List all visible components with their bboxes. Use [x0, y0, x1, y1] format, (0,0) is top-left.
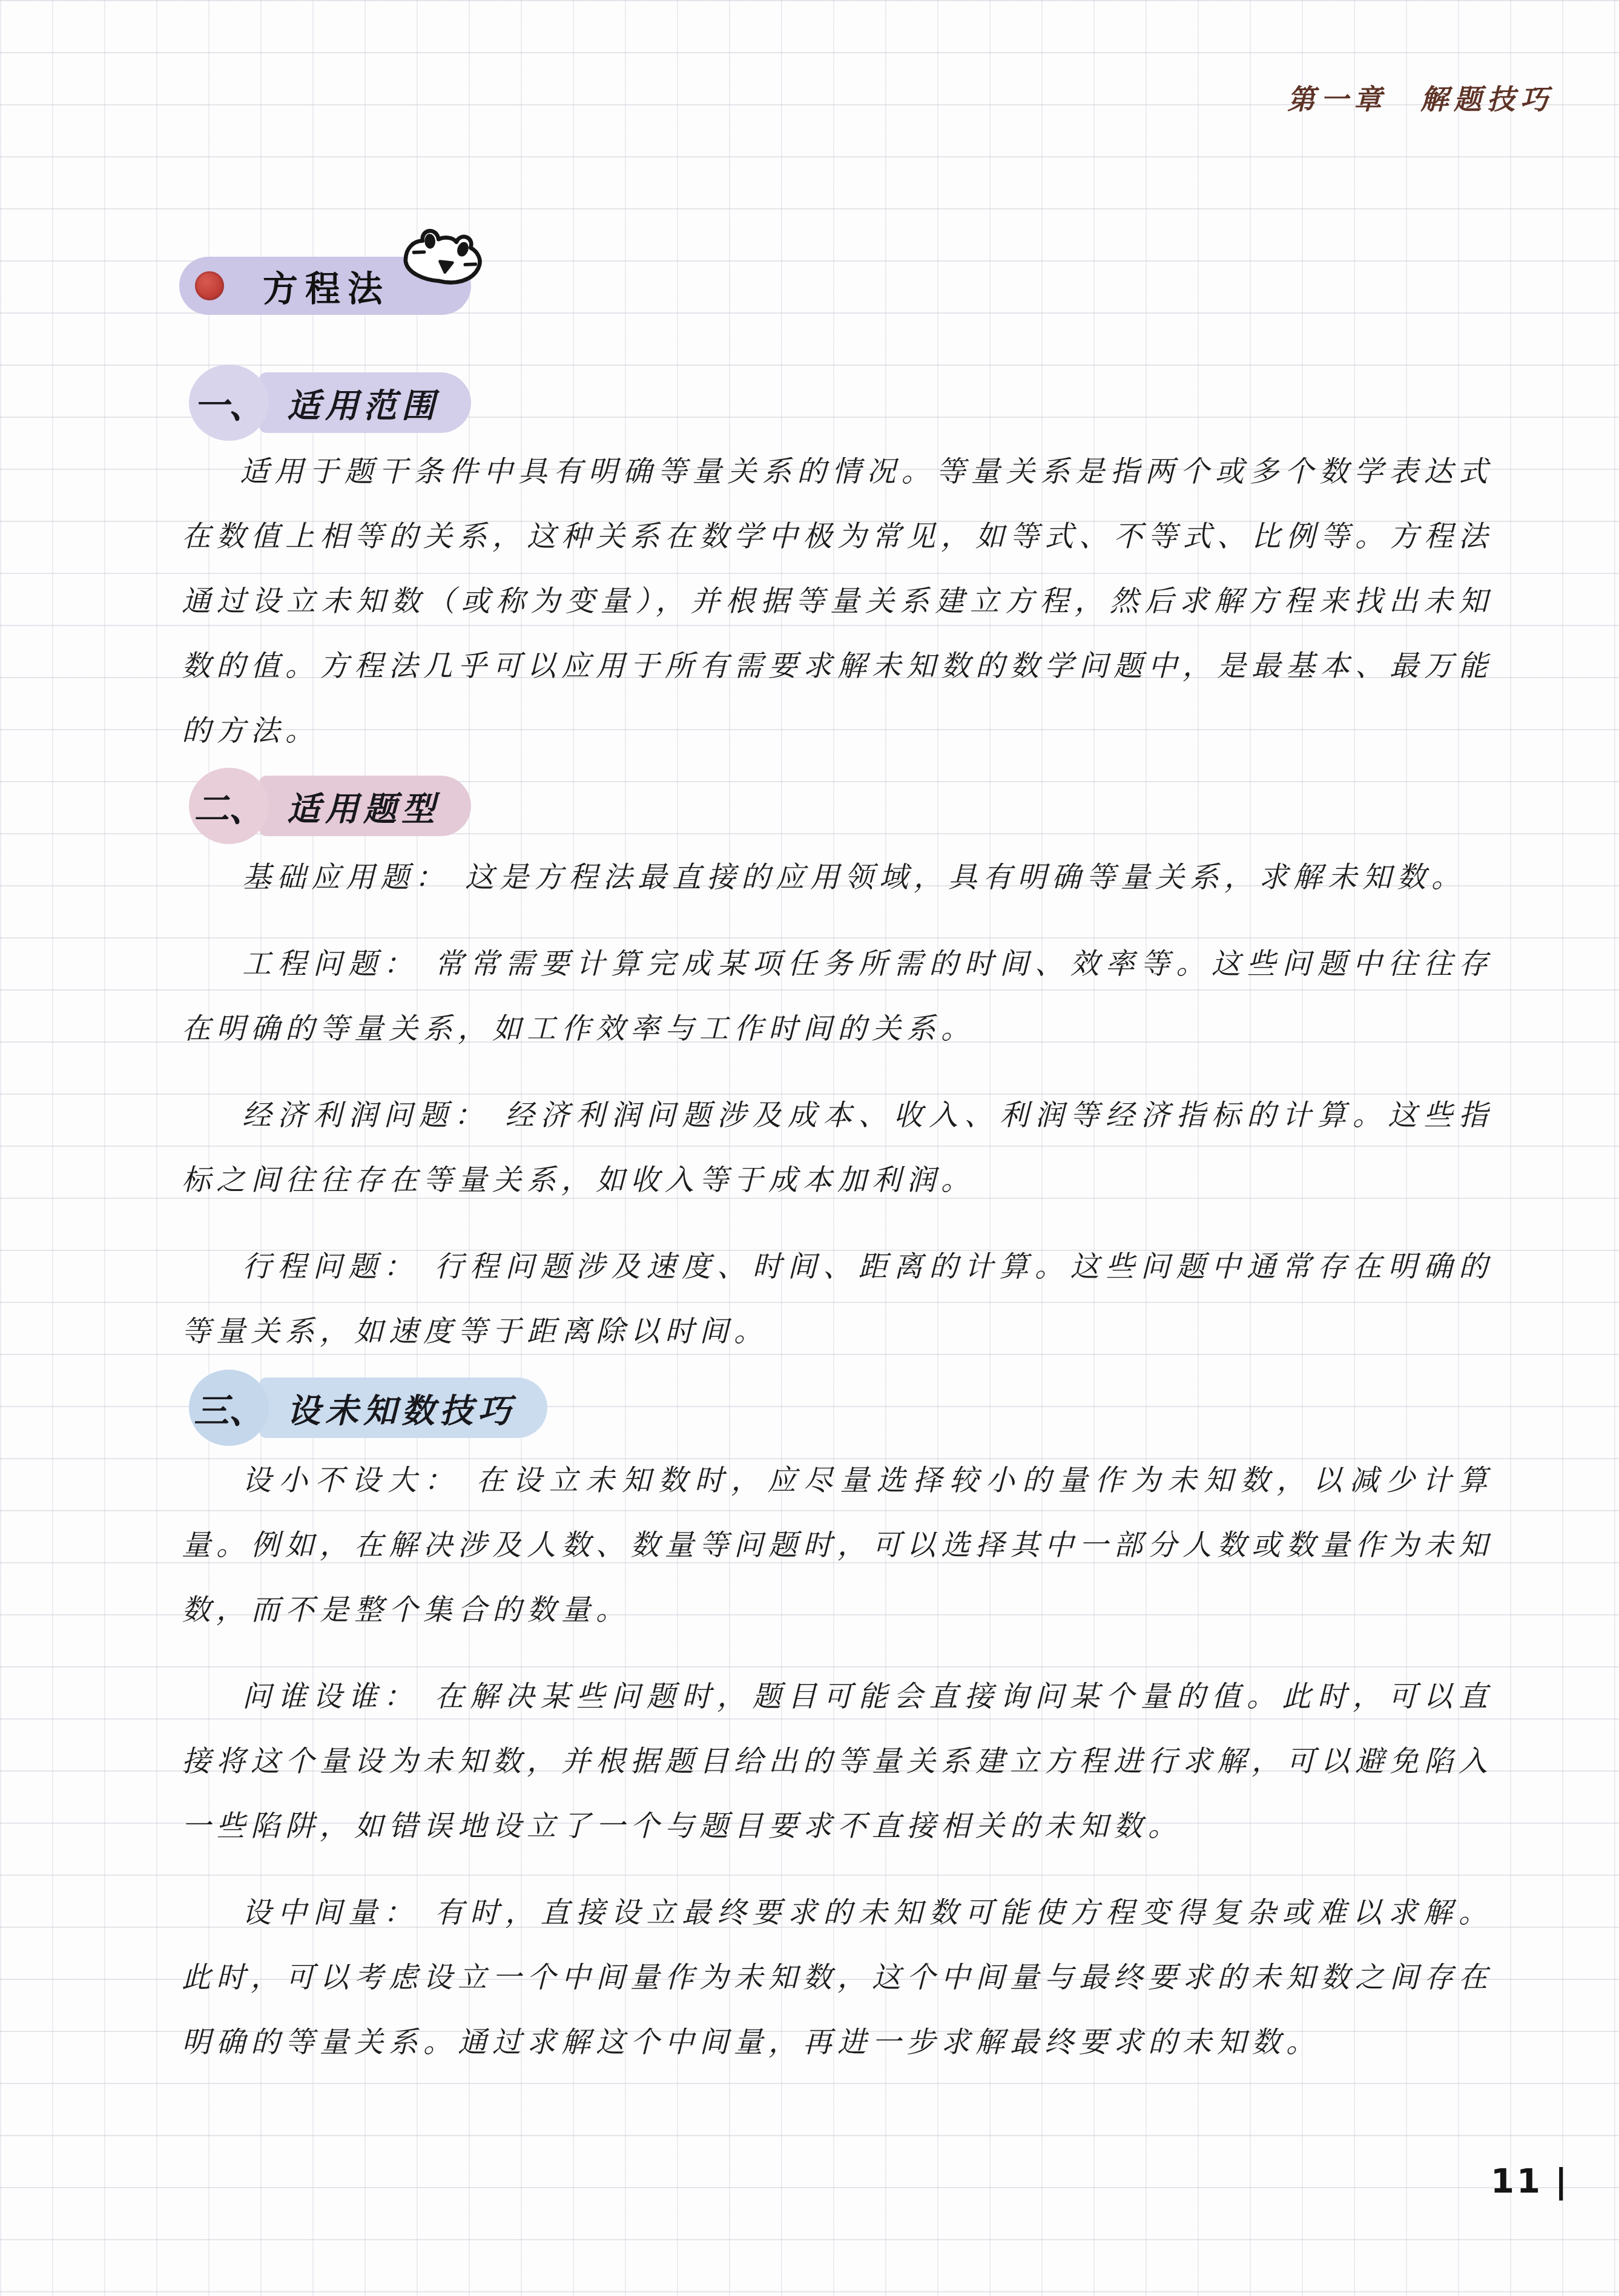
- list-item: 经济利润问题：经济利润问题涉及成本、收入、利润等经济指标的计算。这些指标之间往往…: [182, 1083, 1493, 1213]
- section-unknown-tips-body: 设小不设大：在设立未知数时，应尽量选择较小的量作为未知数，以减少计算量。例如，在…: [182, 1448, 1493, 2075]
- section-number: 一、: [189, 365, 269, 441]
- highlighted-term: 工程问题：: [240, 948, 425, 980]
- highlighted-term: 设小不设大：: [240, 1465, 467, 1497]
- list-item: 设中间量：有时，直接设立最终要求的未知数可能使方程变得复杂或难以求解。此时，可以…: [182, 1881, 1493, 2075]
- list-item: 工程问题：常常需要计算完成某项任务所需的时间、效率等。这些问题中往往存在明确的等…: [182, 932, 1493, 1061]
- highlighted-term: 经济利润问题：: [240, 1100, 495, 1132]
- section-problem-types-body: 基础应用题：这是方程法最直接的应用领域，具有明确等量关系，求解未知数。 工程问题…: [182, 845, 1493, 1364]
- section-scope-body: 适用于题干条件中具有明确等量关系的情况。等量关系是指两个或多个数学表达式在数值上…: [182, 440, 1493, 764]
- page-number: 11 |: [1491, 2162, 1569, 2201]
- page-number-bar: |: [1555, 2162, 1569, 2201]
- highlighted-term: 问谁设谁：: [240, 1681, 425, 1713]
- section-title: 适用题型: [259, 776, 471, 836]
- red-dot-icon: [195, 271, 224, 300]
- highlighted-term: 行程问题：: [240, 1251, 425, 1283]
- method-title-badge: 方程法: [179, 257, 471, 315]
- section-header-problem-types: 二、 适用题型: [189, 768, 471, 844]
- section-number: 三、: [189, 1370, 269, 1446]
- chapter-header: 第一章 解题技巧: [1287, 78, 1554, 117]
- section-title: 设未知数技巧: [259, 1377, 547, 1438]
- section-header-unknown-tips: 三、 设未知数技巧: [189, 1370, 547, 1446]
- list-item: 设小不设大：在设立未知数时，应尽量选择较小的量作为未知数，以减少计算量。例如，在…: [182, 1448, 1493, 1643]
- notebook-page: 第一章 解题技巧 方程法 一、 适用范围 适用于题干条件中具有明确等量关系的情况…: [0, 0, 1619, 2296]
- list-item: 基础应用题：这是方程法最直接的应用领域，具有明确等量关系，求解未知数。: [182, 845, 1493, 910]
- highlighted-term: 基础应用题：: [240, 862, 455, 894]
- section-header-scope: 一、 适用范围: [189, 365, 471, 441]
- section-title: 适用范围: [259, 372, 471, 433]
- list-item: 问谁设谁：在解决某些问题时，题目可能会直接询问某个量的值。此时，可以直接将这个量…: [182, 1664, 1493, 1859]
- paragraph: 适用于题干条件中具有明确等量关系的情况。等量关系是指两个或多个数学表达式在数值上…: [182, 440, 1493, 764]
- section-number: 二、: [189, 768, 269, 844]
- page-number-value: 11: [1491, 2162, 1543, 2201]
- list-item: 行程问题：行程问题涉及速度、时间、距离的计算。这些问题中通常存在明确的等量关系，…: [182, 1235, 1493, 1364]
- frog-doodle-icon: [392, 217, 496, 299]
- item-text: 这是方程法最直接的应用领域，具有明确等量关系，求解未知数。: [465, 862, 1466, 894]
- highlighted-term: 设中间量：: [240, 1897, 425, 1929]
